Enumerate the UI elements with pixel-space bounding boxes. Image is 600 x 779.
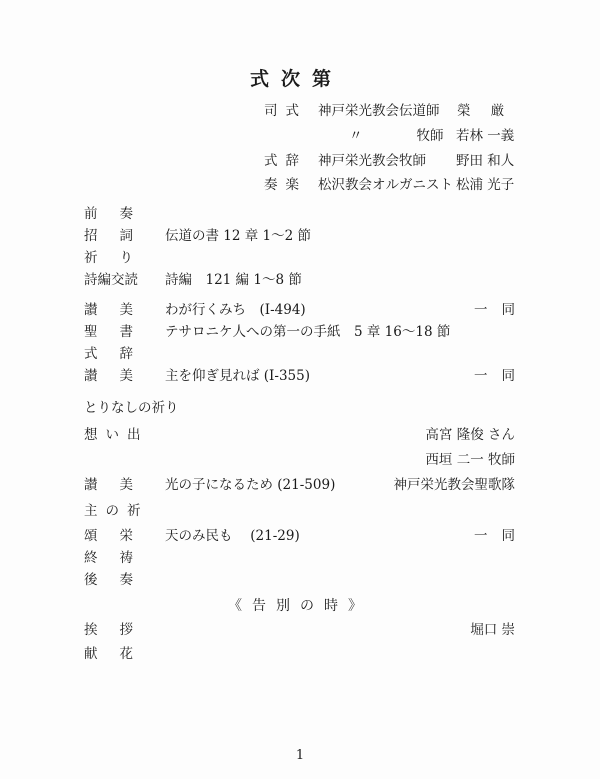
staff-name: 若林 一義	[456, 128, 514, 144]
program-right: 西垣 二一 牧師	[425, 452, 515, 468]
farewell-label: 挨拶	[84, 622, 155, 638]
program-right: 一同	[474, 302, 529, 318]
staff-name: 松浦 光子	[456, 177, 514, 193]
program-label: 詩編交読	[84, 272, 138, 288]
program-right: 一同	[474, 368, 529, 384]
program-right: 高宮 隆俊 さん	[425, 427, 515, 443]
program-label: とりなしの祈り	[84, 400, 179, 416]
program-content: 天のみ民も (21-29)	[165, 528, 300, 544]
page-number: 1	[0, 748, 600, 763]
program-label: 後奏	[84, 572, 155, 588]
program-content: 主を仰ぎ見れば (Ⅰ-355)	[165, 368, 310, 384]
program-label: 讃美	[84, 477, 155, 493]
program-label: 式辞	[84, 346, 155, 362]
program-label: 前奏	[84, 206, 155, 222]
farewell-right: 堀口 崇	[470, 622, 515, 638]
program-right: 神戸栄光教会聖歌隊	[394, 477, 516, 493]
program-content: 詩編 121 編 1〜8 節	[165, 272, 302, 288]
program-label: 招詞	[84, 228, 155, 244]
staff-org: 〃 牧師	[349, 128, 444, 144]
program-right: 一同	[474, 528, 529, 544]
program-content: わが行くみち (Ⅰ-494)	[165, 302, 306, 318]
staff-org: 神戸栄光教会牧師	[318, 153, 426, 169]
program-content: 伝道の書 12 章 1〜2 節	[165, 228, 311, 244]
program-label: 聖書	[84, 324, 155, 340]
staff-name: 榮 厳	[457, 103, 512, 119]
farewell-label: 献花	[84, 646, 155, 662]
staff-role: 式辞	[264, 153, 307, 169]
staff-org: 松沢教会オルガニスト	[318, 177, 453, 193]
staff-role: 奏楽	[264, 177, 307, 193]
program-label: 讃美	[84, 368, 155, 384]
program-label: 頌栄	[84, 528, 155, 544]
program-label: 祈り	[84, 250, 155, 266]
program-content: 光の子になるため (21-509)	[165, 477, 335, 493]
staff-name: 野田 和人	[456, 153, 514, 169]
program-label: 終祷	[84, 550, 155, 566]
staff-org: 神戸栄光教会伝道師	[318, 103, 440, 119]
farewell-heading: 《告別の時》	[0, 598, 600, 614]
document-page: 式次第 司式 神戸栄光教会伝道師 榮 厳 〃 牧師 若林 一義 式辞 神戸栄光教…	[0, 0, 600, 779]
program-label: 主の祈	[84, 503, 149, 519]
program-label: 讃美	[84, 302, 155, 318]
document-title: 式次第	[250, 64, 343, 91]
staff-role: 司式	[264, 103, 307, 119]
program-label: 想い出	[84, 427, 149, 443]
program-content: テサロニケ人への第一の手紙 5 章 16〜18 節	[165, 324, 450, 340]
